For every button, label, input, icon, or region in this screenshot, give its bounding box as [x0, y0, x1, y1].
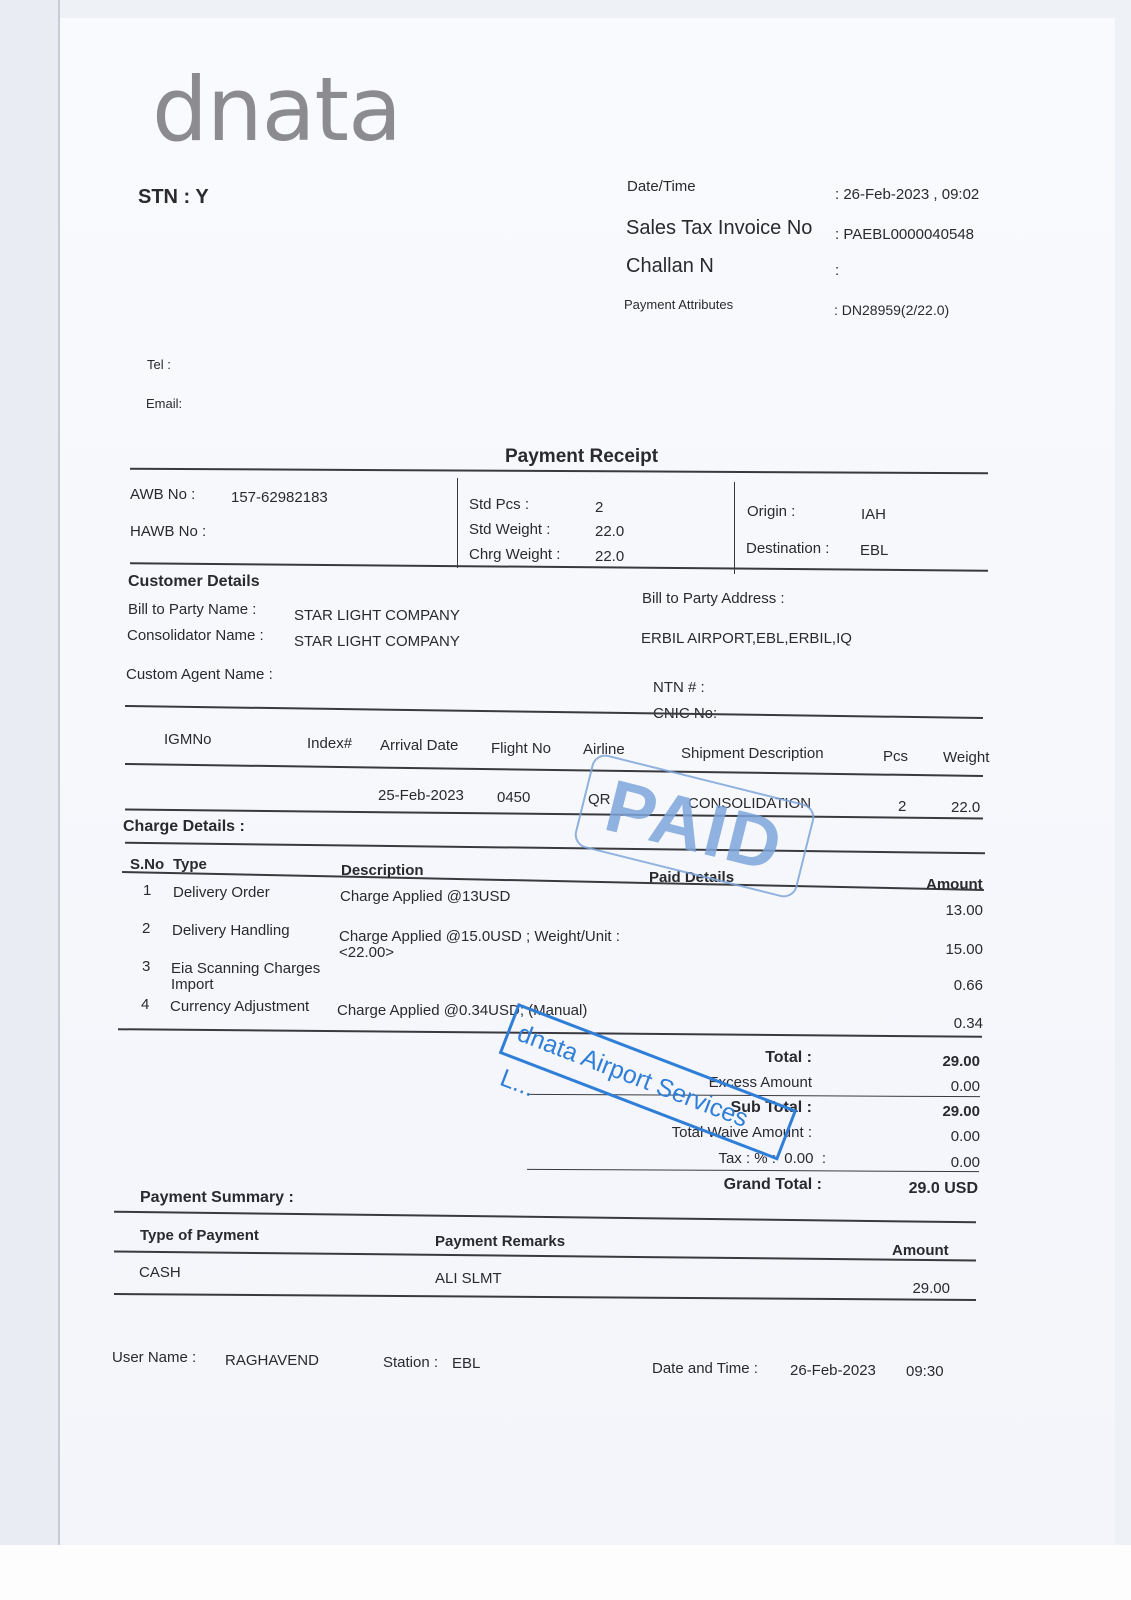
charge-header-type: Type [173, 856, 207, 873]
igm-arrival-date: 25-Feb-2023 [378, 787, 464, 804]
datetime-value: : 26-Feb-2023 , 09:02 [835, 186, 979, 203]
charge-header-sno: S.No [130, 856, 164, 873]
payment-summary-heading: Payment Summary : [140, 1189, 294, 1207]
awb-label: AWB No : [130, 486, 195, 503]
dnata-logo: dnata [152, 58, 401, 161]
payment-attributes-label: Payment Attributes [624, 297, 733, 312]
igm-flight-no: 0450 [497, 789, 530, 806]
igm-header-index: Index# [307, 735, 352, 752]
charge-row-3-type: Eia Scanning Charges [171, 960, 320, 977]
payment-row-type: CASH [139, 1264, 181, 1281]
charge-row-4-type: Currency Adjustment [170, 998, 309, 1015]
charge-row-3-type-line2: Import [171, 976, 214, 993]
bill-to-address-label: Bill to Party Address : [642, 590, 785, 607]
payment-header-amount: Amount [892, 1242, 949, 1259]
charge-details-heading: Charge Details : [123, 818, 245, 836]
destination-value: EBL [860, 542, 888, 559]
stn-label-text: STN : [138, 186, 190, 208]
igm-header-weight: Weight [943, 749, 989, 766]
igm-header-flight-no: Flight No [491, 740, 551, 757]
payment-header-remarks: Payment Remarks [435, 1233, 565, 1250]
challan-value: : [835, 262, 839, 279]
charge-row-1-sno: 1 [143, 882, 151, 899]
scan-edge [0, 0, 60, 1545]
destination-label: Destination : [746, 540, 829, 557]
tel-label: Tel : [147, 357, 171, 372]
stn-value: Y [195, 186, 208, 208]
user-name-value: RAGHAVEND [225, 1352, 319, 1369]
payment-header-type: Type of Payment [140, 1227, 259, 1244]
igm-header-shipment-description: Shipment Description [681, 745, 824, 762]
consolidator-value: STAR LIGHT COMPANY [294, 633, 460, 650]
email-label: Email: [146, 396, 182, 411]
charge-header-amount: Amount [926, 876, 983, 893]
igm-header-igmno: IGMNo [164, 731, 212, 748]
charge-row-3-sno: 3 [142, 958, 150, 975]
std-weight-value: 22.0 [595, 523, 624, 540]
divider [457, 478, 458, 568]
consolidator-label: Consolidator Name : [127, 627, 264, 644]
page-title: Payment Receipt [505, 446, 658, 468]
footer-time-value: 09:30 [906, 1363, 944, 1380]
igm-header-pcs: Pcs [883, 748, 908, 765]
ntn-label: NTN # : [653, 679, 705, 696]
user-name-label: User Name : [112, 1349, 196, 1366]
awb-value: 157-62982183 [231, 489, 328, 506]
hawb-label: HAWB No : [130, 523, 206, 540]
tax-label: Tax : % : 0.00 : [640, 1150, 826, 1167]
charge-row-2-sno: 2 [142, 920, 150, 937]
charge-row-3-amount: 0.66 [900, 977, 983, 994]
stn-label: STN : Y [138, 186, 209, 209]
charge-row-2-description-line2: <22.00> [339, 944, 394, 961]
igm-pcs: 2 [898, 798, 906, 815]
subtotal-value: 29.00 [880, 1103, 980, 1120]
customer-details-heading: Customer Details [128, 573, 260, 591]
station-value: EBL [452, 1355, 480, 1372]
footer-date-value: 26-Feb-2023 [790, 1362, 876, 1379]
charge-row-1-description: Charge Applied @13USD [340, 888, 510, 905]
std-weight-label: Std Weight : [469, 521, 550, 538]
igm-weight: 22.0 [951, 799, 980, 816]
grand-total-value: 29.0 USD [860, 1180, 978, 1198]
charge-header-description: Description [341, 862, 424, 879]
charge-row-4-sno: 4 [141, 996, 149, 1013]
invoice-no-value: : PAEBL0000040548 [835, 226, 974, 243]
charge-row-2-type: Delivery Handling [172, 922, 290, 939]
bill-to-name-label: Bill to Party Name : [128, 601, 256, 618]
origin-label: Origin : [747, 503, 795, 520]
datetime-label: Date/Time [627, 178, 696, 195]
charge-row-1-amount: 13.00 [900, 902, 983, 919]
total-waive-value: 0.00 [880, 1128, 980, 1145]
charge-row-1-type: Delivery Order [173, 884, 270, 901]
chrg-weight-value: 22.0 [595, 548, 624, 565]
std-pcs-label: Std Pcs : [469, 496, 529, 513]
divider [734, 482, 735, 574]
payment-attributes-value: : DN28959(2/22.0) [834, 302, 949, 318]
payment-row-amount: 29.00 [880, 1280, 950, 1297]
excess-amount-value: 0.00 [880, 1078, 980, 1095]
charge-row-4-amount: 0.34 [900, 1015, 983, 1032]
custom-agent-label: Custom Agent Name : [126, 666, 273, 683]
bill-to-name-value: STAR LIGHT COMPANY [294, 607, 460, 624]
std-pcs-value: 2 [595, 499, 603, 516]
payment-row-remarks: ALI SLMT [435, 1270, 502, 1287]
datetime-footer-label: Date and Time : [652, 1360, 758, 1377]
total-value: 29.00 [880, 1053, 980, 1070]
bill-to-address-value: ERBIL AIRPORT,EBL,ERBIL,IQ [641, 630, 852, 647]
igm-header-arrival-date: Arrival Date [380, 737, 458, 754]
invoice-no-label: Sales Tax Invoice No [626, 217, 812, 240]
station-label: Station : [383, 1354, 438, 1371]
tax-value: 0.00 [880, 1154, 980, 1171]
challan-label: Challan N [626, 255, 714, 278]
charge-row-2-description: Charge Applied @15.0USD ; Weight/Unit : [339, 928, 620, 945]
origin-value: IAH [861, 506, 886, 523]
charge-row-2-amount: 15.00 [900, 941, 983, 958]
grand-total-label: Grand Total : [640, 1176, 822, 1194]
chrg-weight-label: Chrg Weight : [469, 546, 560, 563]
